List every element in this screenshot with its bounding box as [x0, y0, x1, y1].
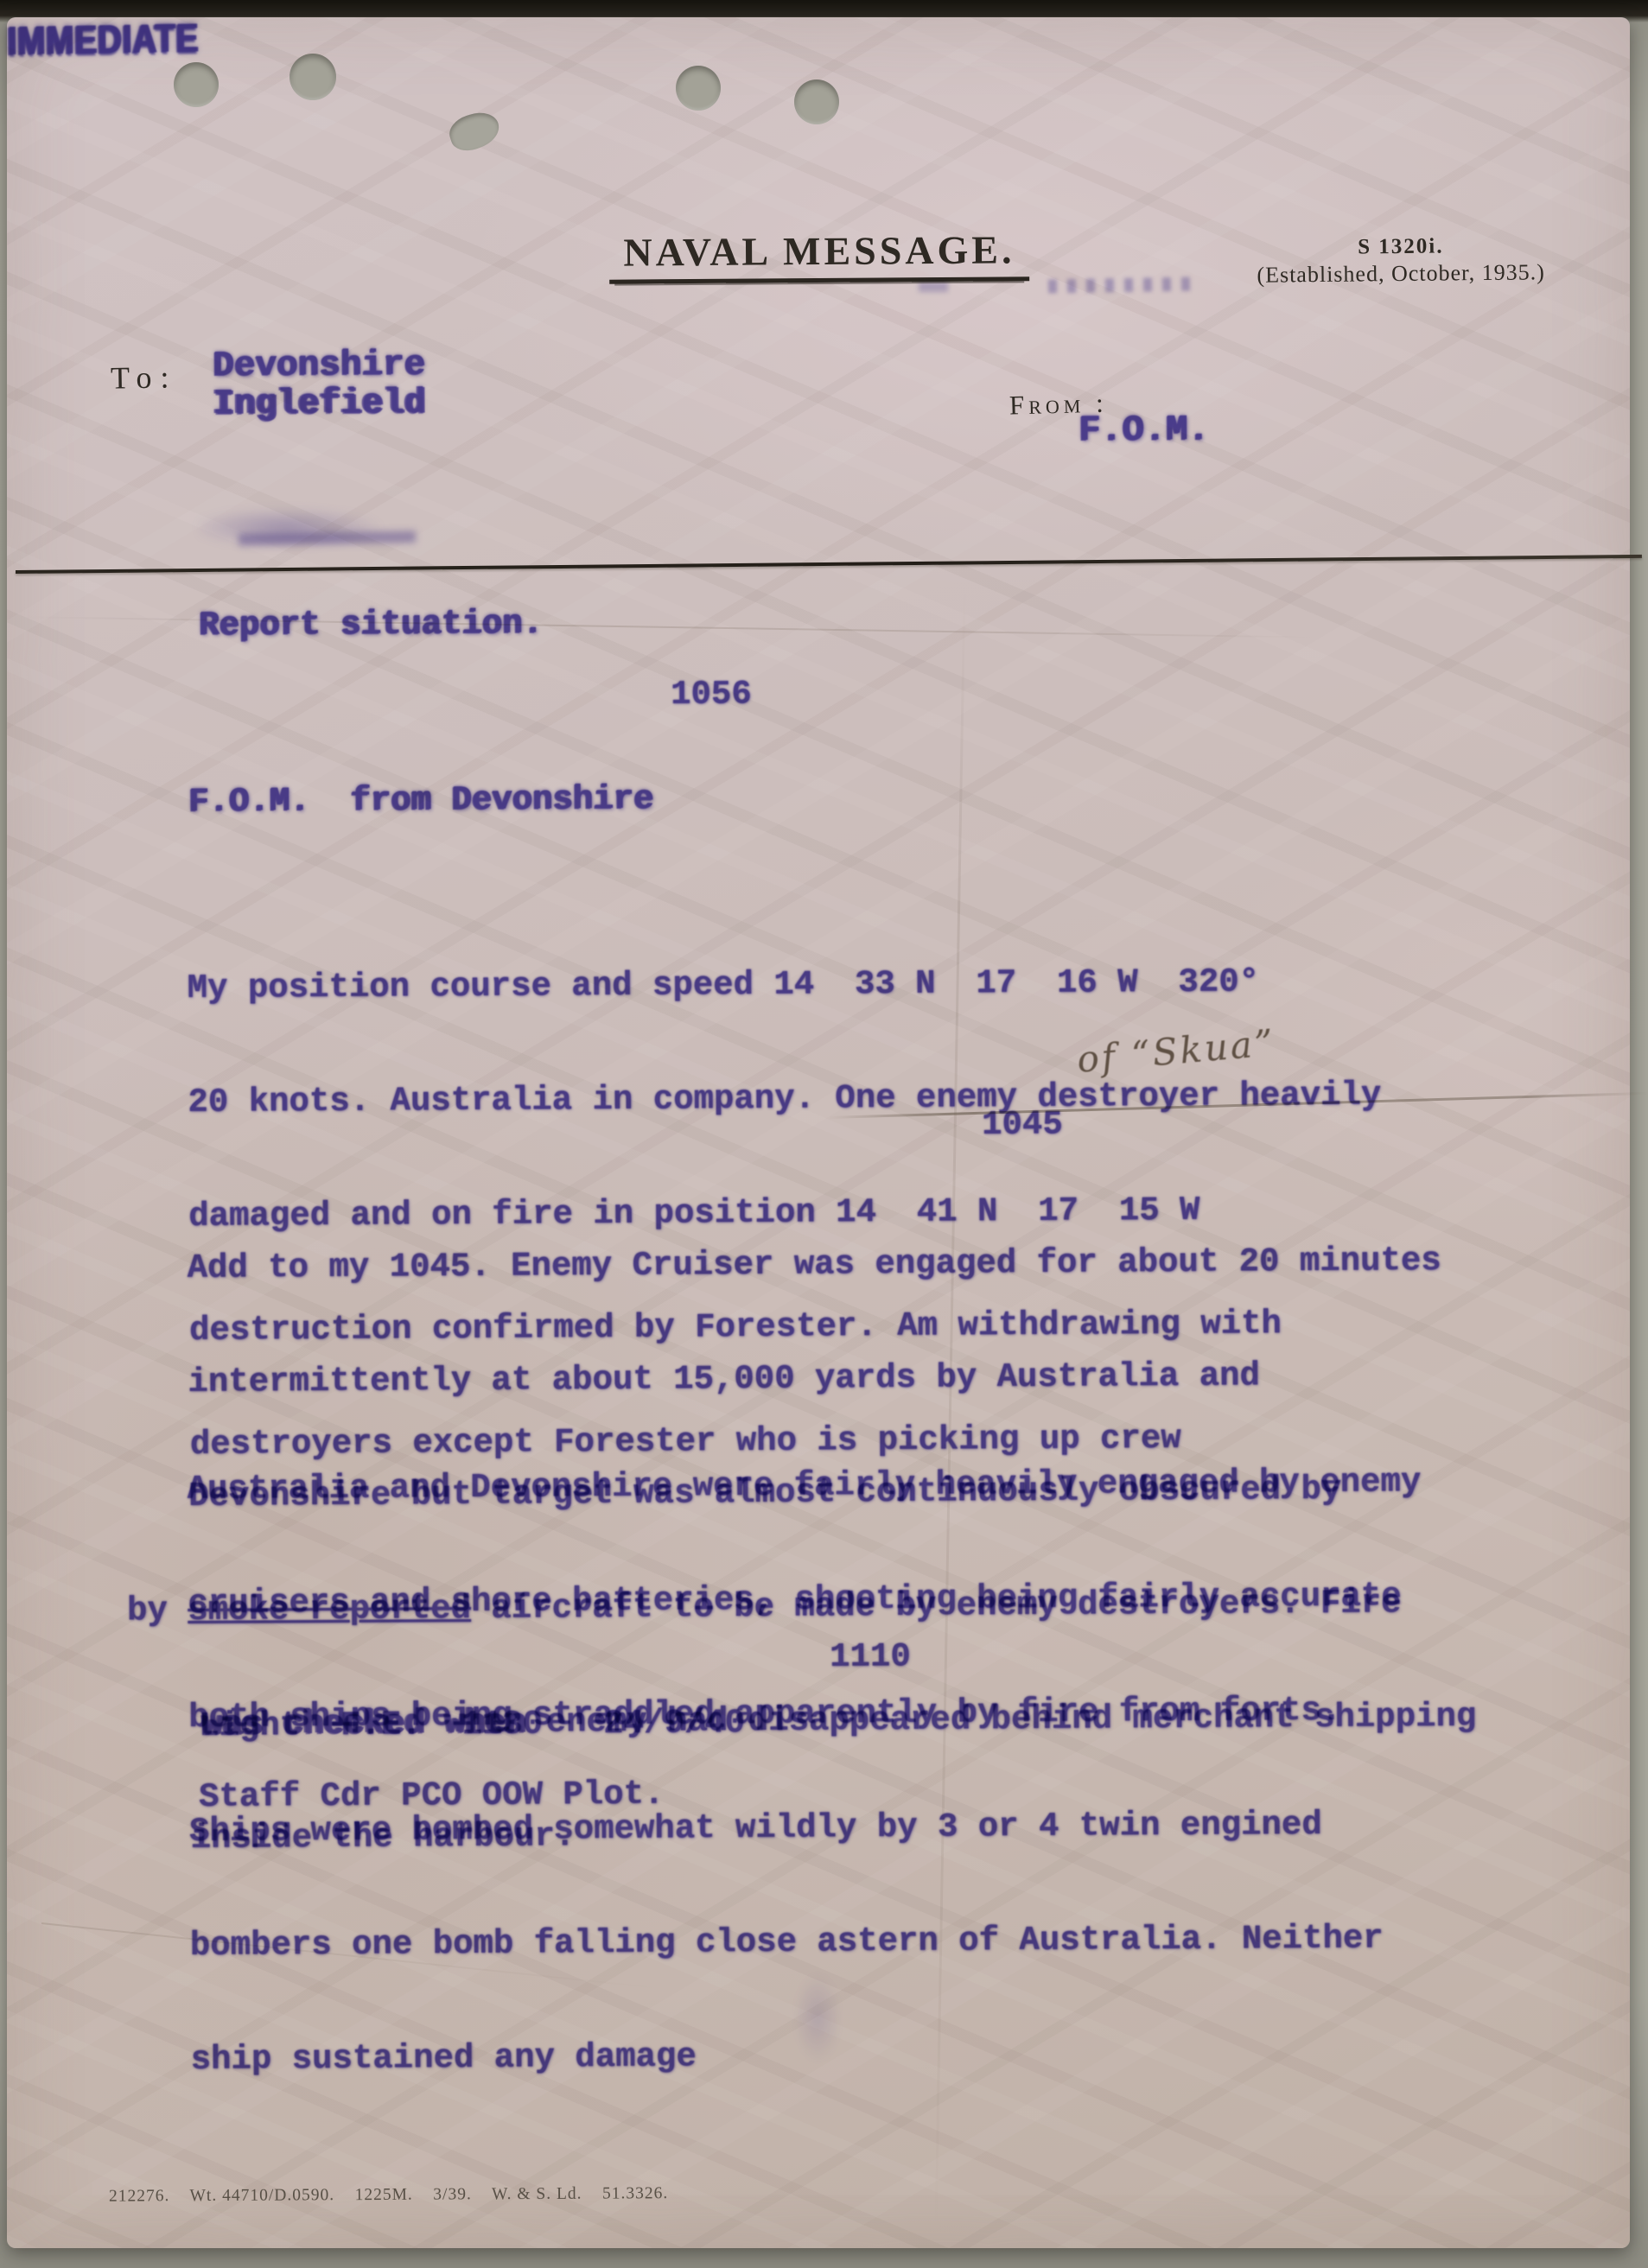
message-line: cruisers and shore batteries, shooting b… [188, 1577, 1422, 1623]
message-line: Add to my 1045. Enemy Cruiser was engage… [188, 1242, 1474, 1287]
punch-hole [794, 79, 839, 124]
time-group-1056: 1056 [671, 675, 752, 714]
punch-hole [290, 54, 336, 100]
order-line: Report situation. [199, 605, 543, 645]
scanned-document-page: { "header": { "form_title": "NAVAL MESSA… [0, 0, 1648, 2268]
printer-imprint: 212276. Wt. 44710/D.0590. 1225M. 3/39. W… [109, 2184, 668, 2206]
from-value: F.O.M. [1079, 410, 1210, 449]
addressee-line: F.O.M. from Devonshire [188, 780, 654, 821]
signature-line: Staff Cdr PCO OOW Plot. [199, 1776, 665, 1816]
ghost-stamp-mark [1048, 277, 1195, 294]
message-line: My position course and speed 14 33 N 17 … [188, 962, 1381, 1007]
form-title-text: NAVAL MESSAGE. [609, 226, 1029, 283]
message-line-segment: by [127, 1591, 188, 1630]
to-ship-devonshire: Devonshire [213, 345, 425, 386]
ink-blot [783, 1953, 852, 2082]
to-addressees: DevonshireInglefield [213, 346, 426, 423]
time-group-1045: 1045 [982, 1105, 1063, 1144]
to-ship-inglefield: Inglefield [213, 383, 425, 424]
log-line: Light F.E. 1130 24/9/40 [199, 1704, 745, 1745]
punch-hole [174, 62, 219, 107]
ghost-stamp-mark [919, 282, 948, 292]
form-title: NAVAL MESSAGE. [525, 226, 1113, 285]
time-group-1110: 1110 [830, 1637, 911, 1676]
established-date: (Established, October, 1935.) [1215, 259, 1587, 289]
naval-message-form: NAVAL MESSAGE. S 1320i. (Established, Oc… [7, 17, 1630, 2248]
form-number-block: S 1320i. (Established, October, 1935.) [1215, 233, 1588, 289]
form-number: S 1320i. [1215, 233, 1587, 262]
to-label: To: [111, 359, 178, 396]
message-line: Australia and Devonshire were fairly hea… [188, 1463, 1422, 1509]
message-line: 20 knots. Australia in company. One enem… [188, 1077, 1381, 1121]
punch-hole [676, 66, 721, 111]
